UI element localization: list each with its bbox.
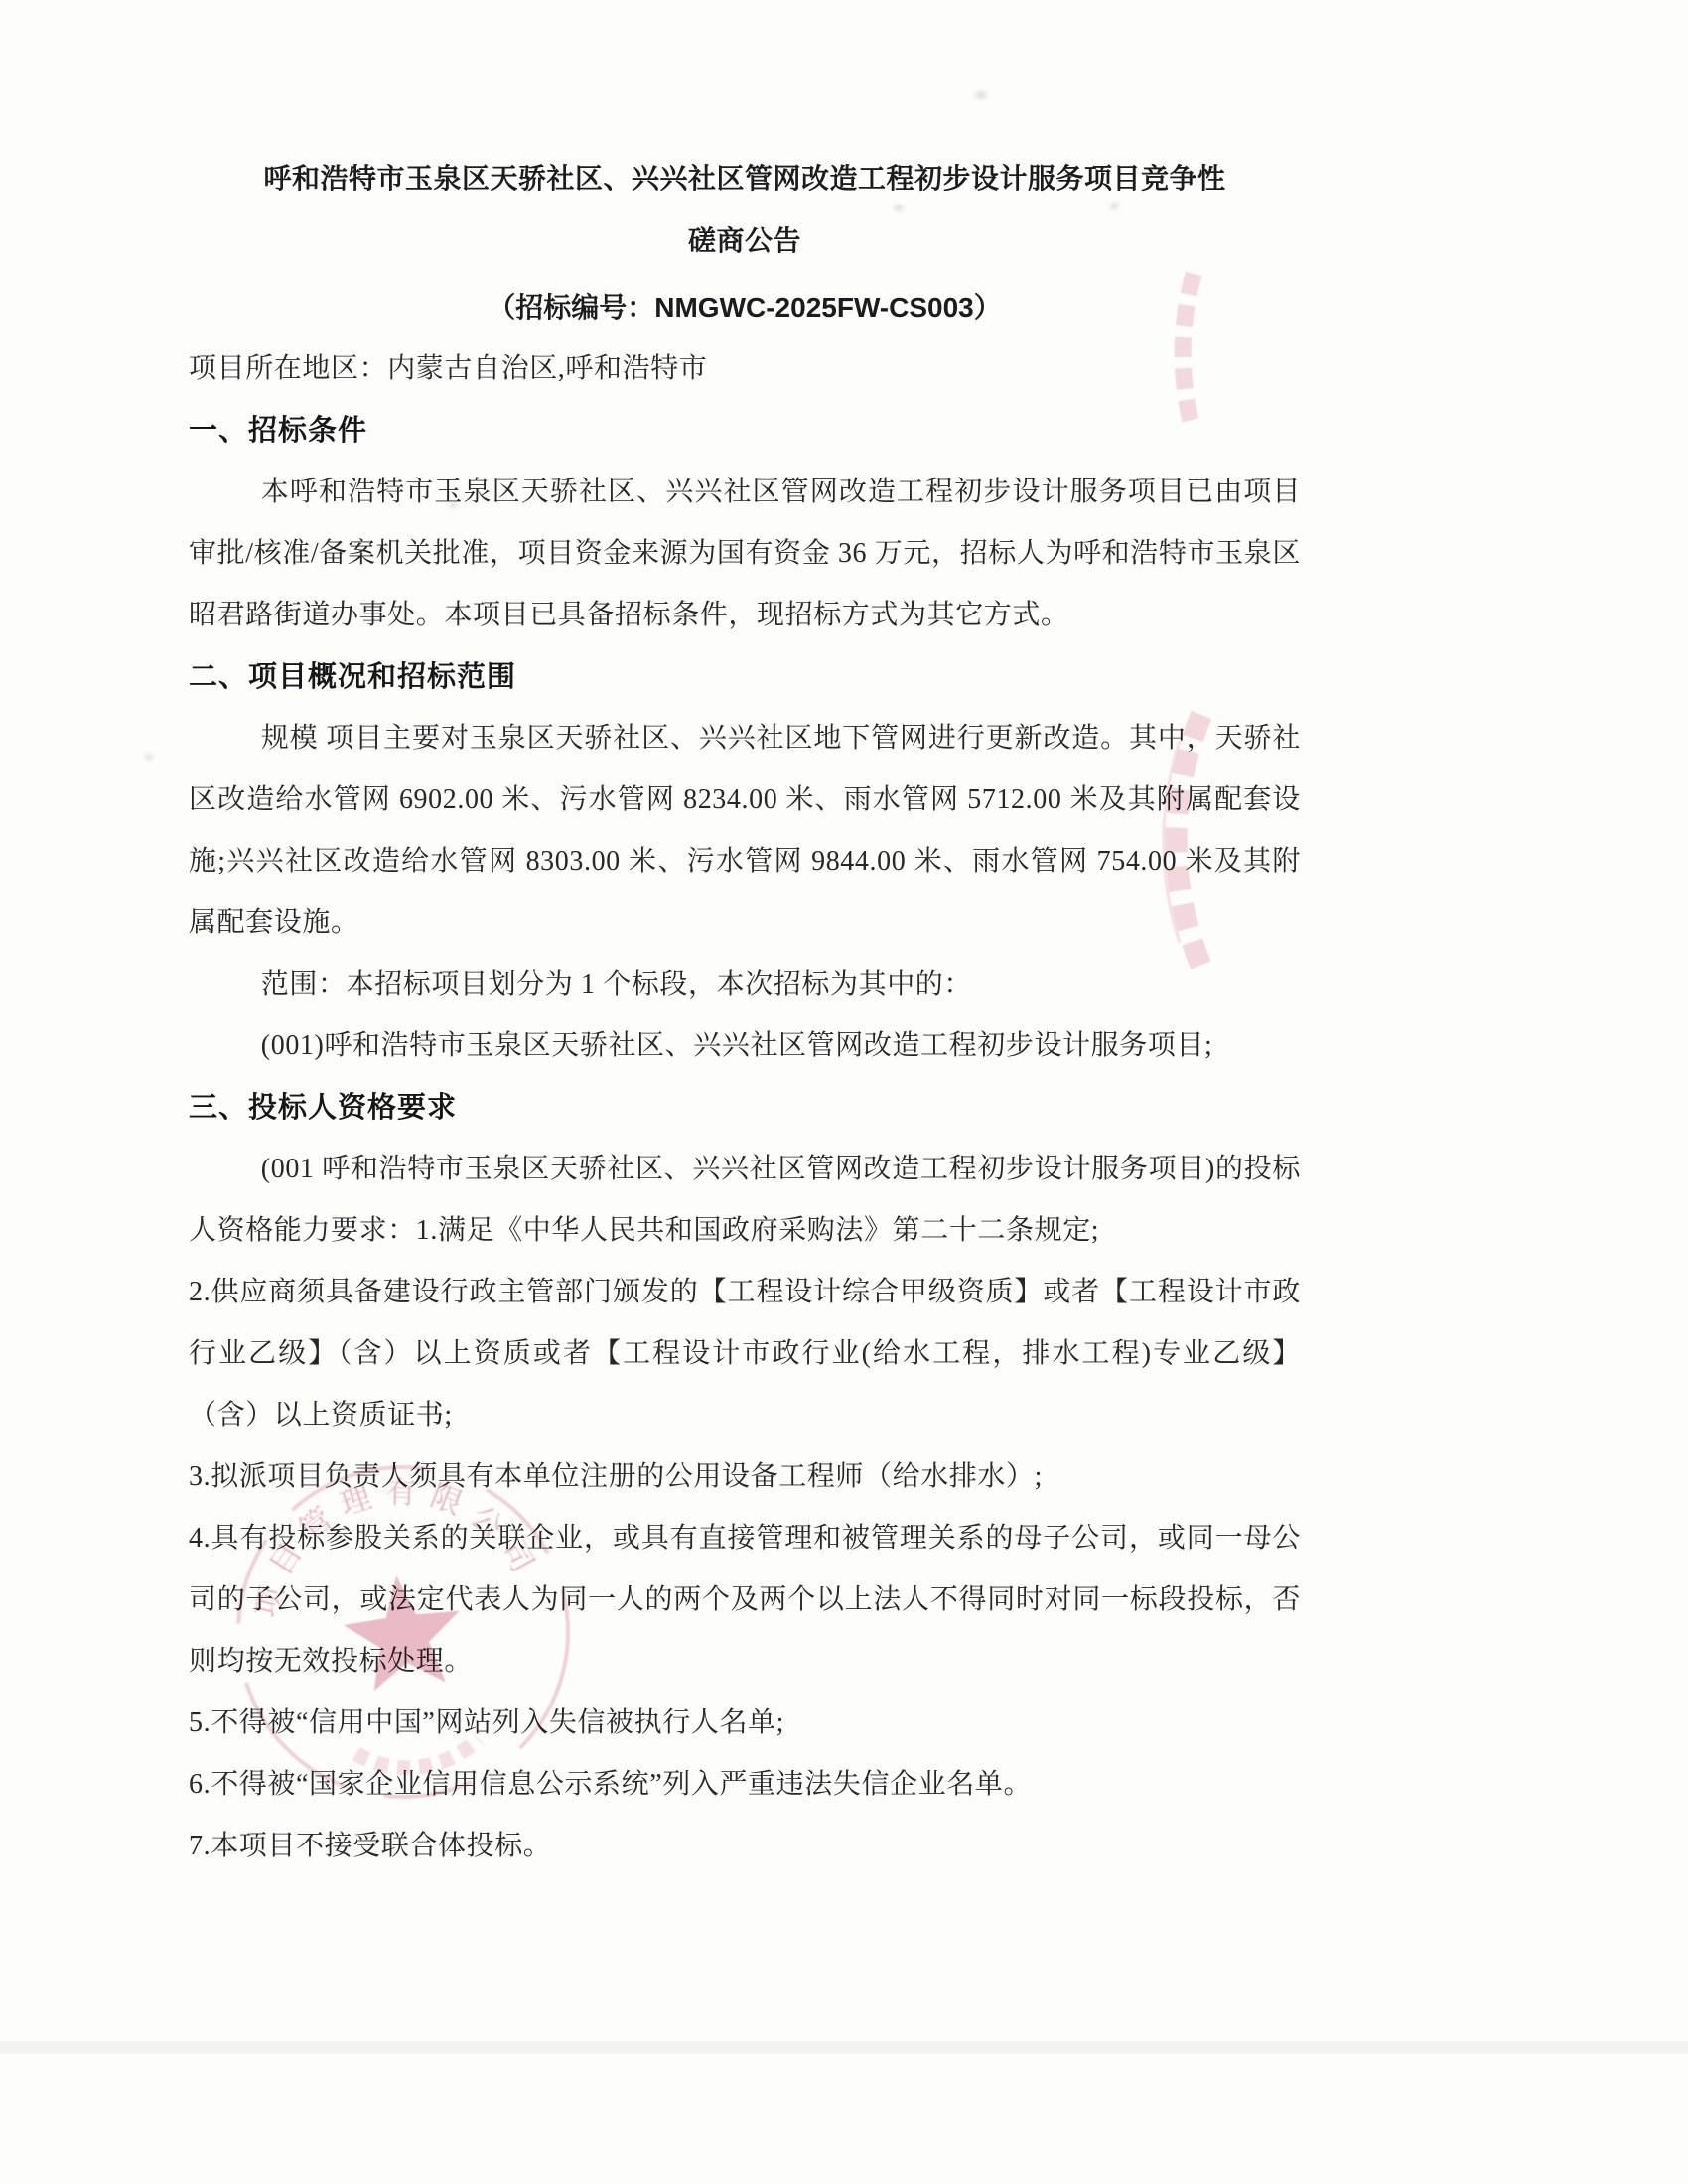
section-2-heading: 二、项目概况和招标范围	[189, 646, 1301, 708]
scan-speck	[145, 754, 153, 760]
para-bidding-conditions: 本呼和浩特市玉泉区天骄社区、兴兴社区管网改造工程初步设计服务项目已由项目审批/核…	[189, 462, 1301, 646]
scan-shadow-band	[0, 2041, 1688, 2054]
qualification-item-3: 3.拟派项目负责人须具有本单位注册的公用设备工程师（给水排水）;	[189, 1446, 1301, 1508]
qualification-item-1: (001 呼和浩特市玉泉区天骄社区、兴兴社区管网改造工程初步设计服务项目)的投标…	[189, 1139, 1301, 1262]
project-location-line: 项目所在地区：内蒙古自治区,呼和浩特市	[189, 339, 1301, 400]
qualification-item-6: 6.不得被“国家企业信用信息公示系统”列入严重违法失信企业名单。	[189, 1754, 1301, 1816]
tender-number-line: （招标编号：NMGWC-2025FW-CS003）	[189, 276, 1301, 339]
document-page: 呼和浩特市玉泉区天骄社区、兴兴社区管网改造工程初步设计服务项目竞争性磋商公告 （…	[0, 0, 1688, 2184]
document-content: 呼和浩特市玉泉区天骄社区、兴兴社区管网改造工程初步设计服务项目竞争性磋商公告 （…	[189, 0, 1301, 1877]
document-title: 呼和浩特市玉泉区天骄社区、兴兴社区管网改造工程初步设计服务项目竞争性磋商公告	[253, 147, 1236, 272]
section-1-heading: 一、招标条件	[189, 400, 1301, 462]
qualification-item-2: 2.供应商须具备建设行政主管部门颁发的【工程设计综合甲级资质】或者【工程设计市政…	[189, 1262, 1301, 1446]
para-project-scale: 规模 项目主要对玉泉区天骄社区、兴兴社区地下管网进行更新改造。其中，天骄社区改造…	[189, 708, 1301, 954]
qualification-item-4: 4.具有投标参股关系的关联企业，或具有直接管理和被管理关系的母子公司，或同一母公…	[189, 1508, 1301, 1693]
qualification-item-7: 7.本项目不接受联合体投标。	[189, 1816, 1301, 1877]
para-lot-001: (001)呼和浩特市玉泉区天骄社区、兴兴社区管网改造工程初步设计服务项目;	[189, 1016, 1301, 1077]
para-scope: 范围：本招标项目划分为 1 个标段，本次招标为其中的：	[189, 954, 1301, 1016]
section-3-heading: 三、投标人资格要求	[189, 1077, 1301, 1139]
qualification-item-5: 5.不得被“信用中国”网站列入失信被执行人名单;	[189, 1693, 1301, 1754]
